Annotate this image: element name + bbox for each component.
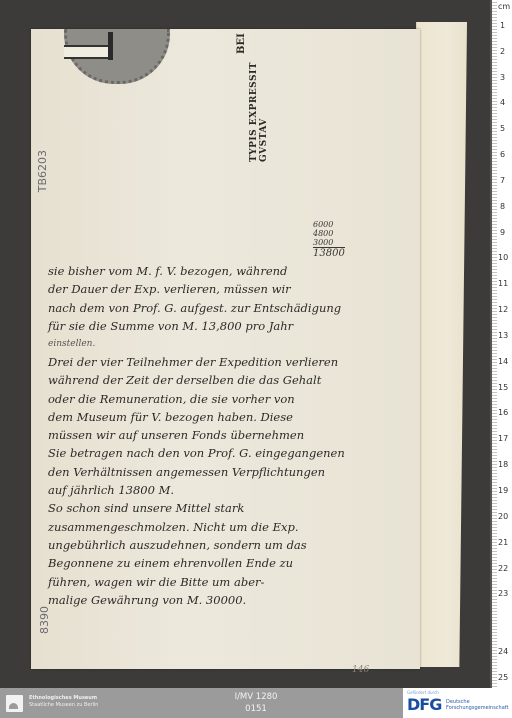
ruler-mark: 6: [500, 150, 505, 159]
ruler-mark: 22: [498, 564, 508, 573]
handwritten-paragraph-2: Drei der vier Teilnehmer der Expedition …: [48, 353, 418, 609]
ruler-mark: 1: [500, 21, 505, 30]
cm-ruler: cm 1 2 3 4 5 6 7 8 9 10 11 12 13 14 15 1…: [490, 0, 512, 688]
calc-item: 3000: [313, 238, 345, 247]
museum-credit: Ethnologisches Museum Staatliche Museen …: [29, 695, 98, 709]
text-line: So schon sind unsere Mittel stark: [48, 499, 418, 517]
ruler-mark: 23: [498, 589, 508, 598]
printed-header-line1: BEI: [236, 32, 247, 54]
document-identifier: I/MV 1280 0151: [200, 691, 312, 715]
museum-logo-icon: [6, 695, 23, 712]
ruler-mark: 17: [498, 434, 508, 443]
text-line: Drei der vier Teilnehmer der Expedition …: [48, 353, 418, 371]
ruler-mark: 14: [498, 357, 508, 366]
text-line: zusammengeschmolzen. Nicht um die Exp.: [48, 518, 418, 536]
document-viewer: BEI TYPIS EXPRESSIT GVSTAV TB6203 8390 6…: [0, 0, 490, 688]
dfg-logo-icon: DFG: [407, 697, 441, 713]
dfg-name: Deutsche Forschungsgemeinschaft: [446, 699, 508, 711]
ruler-mark: 13: [498, 331, 508, 340]
dfg-credit: Gefördert durch DFG Deutsche Forschungsg…: [403, 688, 512, 718]
calculation-block: 6000 4800 3000 13800: [313, 220, 345, 258]
text-line: den Verhältnissen angemessen Verpflichtu…: [48, 463, 418, 481]
emblem-vertical-bar: [108, 32, 113, 60]
ruler-mark: 18: [498, 460, 508, 469]
text-line: der Dauer der Exp. verlieren, müssen wir: [48, 280, 418, 298]
ruler-mark: 5: [500, 124, 505, 133]
printed-header-line2: TYPIS EXPRESSIT GVSTAV: [249, 32, 269, 162]
emblem-bar: [64, 45, 112, 59]
text-line: ungebührlich auszudehnen, sondern um das: [48, 536, 418, 554]
ruler-mark: 3: [500, 73, 505, 82]
text-line: müssen wir auf unseren Fonds übernehmen: [48, 426, 418, 444]
text-line: Sie betragen nach den von Prof. G. einge…: [48, 444, 418, 462]
ruler-mark: 7: [500, 176, 505, 185]
dfg-name-line2: Forschungsgemeinschaft: [446, 705, 508, 711]
ruler-mark: 24: [498, 647, 508, 656]
ruler-mark: 4: [500, 98, 505, 107]
ruler-mark: 9: [500, 228, 505, 237]
ruler-mark: 21: [498, 538, 508, 547]
text-line: einstellen.: [48, 335, 418, 353]
text-line: Begonnene zu einem ehrenvollen Ende zu: [48, 554, 418, 572]
ruler-unit: cm: [498, 2, 510, 11]
calc-item: 6000: [313, 220, 345, 229]
text-line: auf jährlich 13800 M.: [48, 481, 418, 499]
archive-number-note: TB6203: [36, 150, 49, 192]
ruler-mark: 15: [498, 383, 508, 392]
folio-number-note: 8390: [38, 606, 51, 634]
text-line: dem Museum für V. bezogen haben. Diese: [48, 408, 418, 426]
ruler-mark: 8: [500, 202, 505, 211]
ruler-mark: 19: [498, 486, 508, 495]
text-line: während der Zeit der derselben die das G…: [48, 371, 418, 389]
calc-item: 4800: [313, 229, 345, 238]
handwritten-paragraph-1: sie bisher vom M. f. V. bezogen, während…: [48, 262, 418, 353]
footer-bar: Ethnologisches Museum Staatliche Museen …: [0, 688, 512, 718]
text-line: malige Gewährung von M. 30000.: [48, 591, 418, 609]
folio-label: 0151: [200, 703, 312, 715]
text-line: führen, wagen wir die Bitte um aber-: [48, 573, 418, 591]
ruler-mark: 2: [500, 47, 505, 56]
page-number-mark: 146: [352, 665, 369, 675]
text-line: oder die Remuneration, die sie vorher vo…: [48, 390, 418, 408]
calc-total: 13800: [313, 247, 345, 258]
ruler-mark: 12: [498, 305, 508, 314]
ruler-mark: 16: [498, 408, 508, 417]
folded-paper-edge: [416, 22, 467, 667]
ruler-mark: 25: [498, 673, 508, 682]
museum-subtitle: Staatliche Museen zu Berlin: [29, 702, 98, 709]
signature-label: I/MV 1280: [200, 691, 312, 703]
text-line: sie bisher vom M. f. V. bezogen, während: [48, 262, 418, 280]
text-line: nach dem von Prof. G. aufgest. zur Entsc…: [48, 299, 418, 317]
text-line: für sie die Summe von M. 13,800 pro Jahr: [48, 317, 418, 335]
ruler-mark: 11: [498, 279, 508, 288]
ruler-mark: 10: [498, 253, 508, 262]
ruler-mark: 20: [498, 512, 508, 521]
museum-name: Ethnologisches Museum: [29, 695, 98, 702]
